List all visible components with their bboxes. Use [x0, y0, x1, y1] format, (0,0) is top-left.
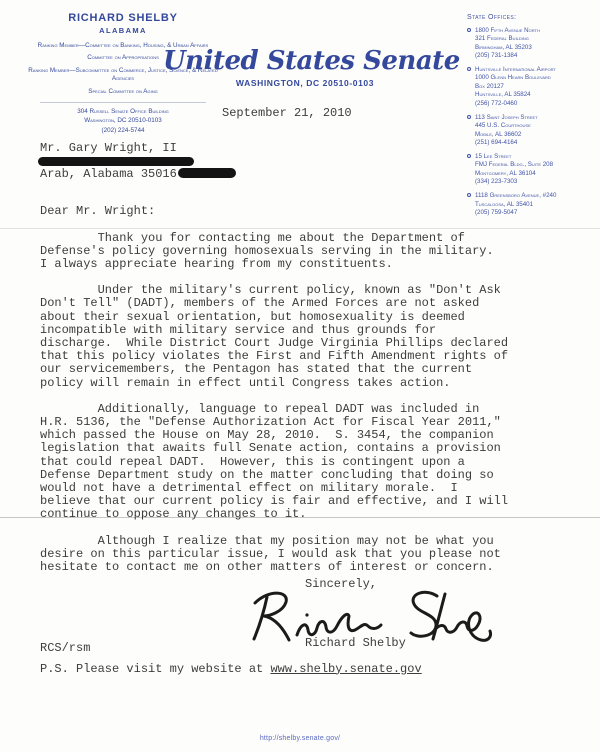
signature-richard-shelby-icon [245, 589, 495, 645]
sender-name: RICHARD SHELBY [16, 12, 230, 24]
senate-masthead-title: United States Senate [163, 46, 447, 76]
sender-state: ALABAMA [16, 26, 230, 35]
office-address: 1800 Fifth Avenue North 321 Federal Buil… [475, 27, 540, 61]
office-bullet-icon [467, 28, 471, 32]
redaction-bar [178, 168, 236, 178]
office-bullet-icon [467, 115, 471, 119]
postscript: P.S. Please visit my website at www.shel… [40, 663, 534, 676]
state-office-entry: 1800 Fifth Avenue North 321 Federal Buil… [467, 27, 597, 61]
committee-item: Special Committee on Aging [28, 88, 218, 97]
signature-area [245, 589, 495, 645]
letter-date: September 21, 2010 [222, 106, 352, 120]
footer-url: http://shelby.senate.gov/ [0, 735, 600, 742]
redaction-bar [38, 157, 194, 166]
salutation: Dear Mr. Wright: [40, 205, 534, 218]
postscript-text: P.S. Please visit my website at [40, 662, 270, 676]
state-offices-heading: State Offices: [467, 13, 597, 23]
paragraph: Under the military's current policy, kno… [40, 284, 534, 390]
recipient-city-text: Arab, Alabama 35016 [40, 167, 177, 181]
reference-initials: RCS/rsm [40, 642, 90, 655]
state-office-entry: Huntsville International Airport 1000 Gl… [467, 66, 597, 109]
recipient-name: Mr. Gary Wright, II [40, 142, 534, 155]
paragraph: Although I realize that my position may … [40, 535, 534, 575]
paragraph: Additionally, language to repeal DADT wa… [40, 403, 534, 522]
paragraph: Thank you for contacting me about the De… [40, 232, 534, 272]
sender-office-address: 304 Russell Senate Office Building Washi… [40, 102, 206, 136]
letter-body: Mr. Gary Wright, II Arab, Alabama 35016 … [40, 142, 534, 676]
office-bullet-icon [467, 67, 471, 71]
masthead: United States Senate WASHINGTON, DC 2051… [163, 46, 447, 88]
recipient-city-line: Arab, Alabama 35016 [40, 168, 534, 181]
masthead-subtitle: WASHINGTON, DC 20510-0103 [163, 78, 447, 88]
office-address: Huntsville International Airport 1000 Gl… [475, 66, 556, 109]
scanned-letter-page: RICHARD SHELBY ALABAMA Ranking Member—Co… [0, 0, 600, 752]
website-link: www.shelby.senate.gov [270, 662, 421, 676]
